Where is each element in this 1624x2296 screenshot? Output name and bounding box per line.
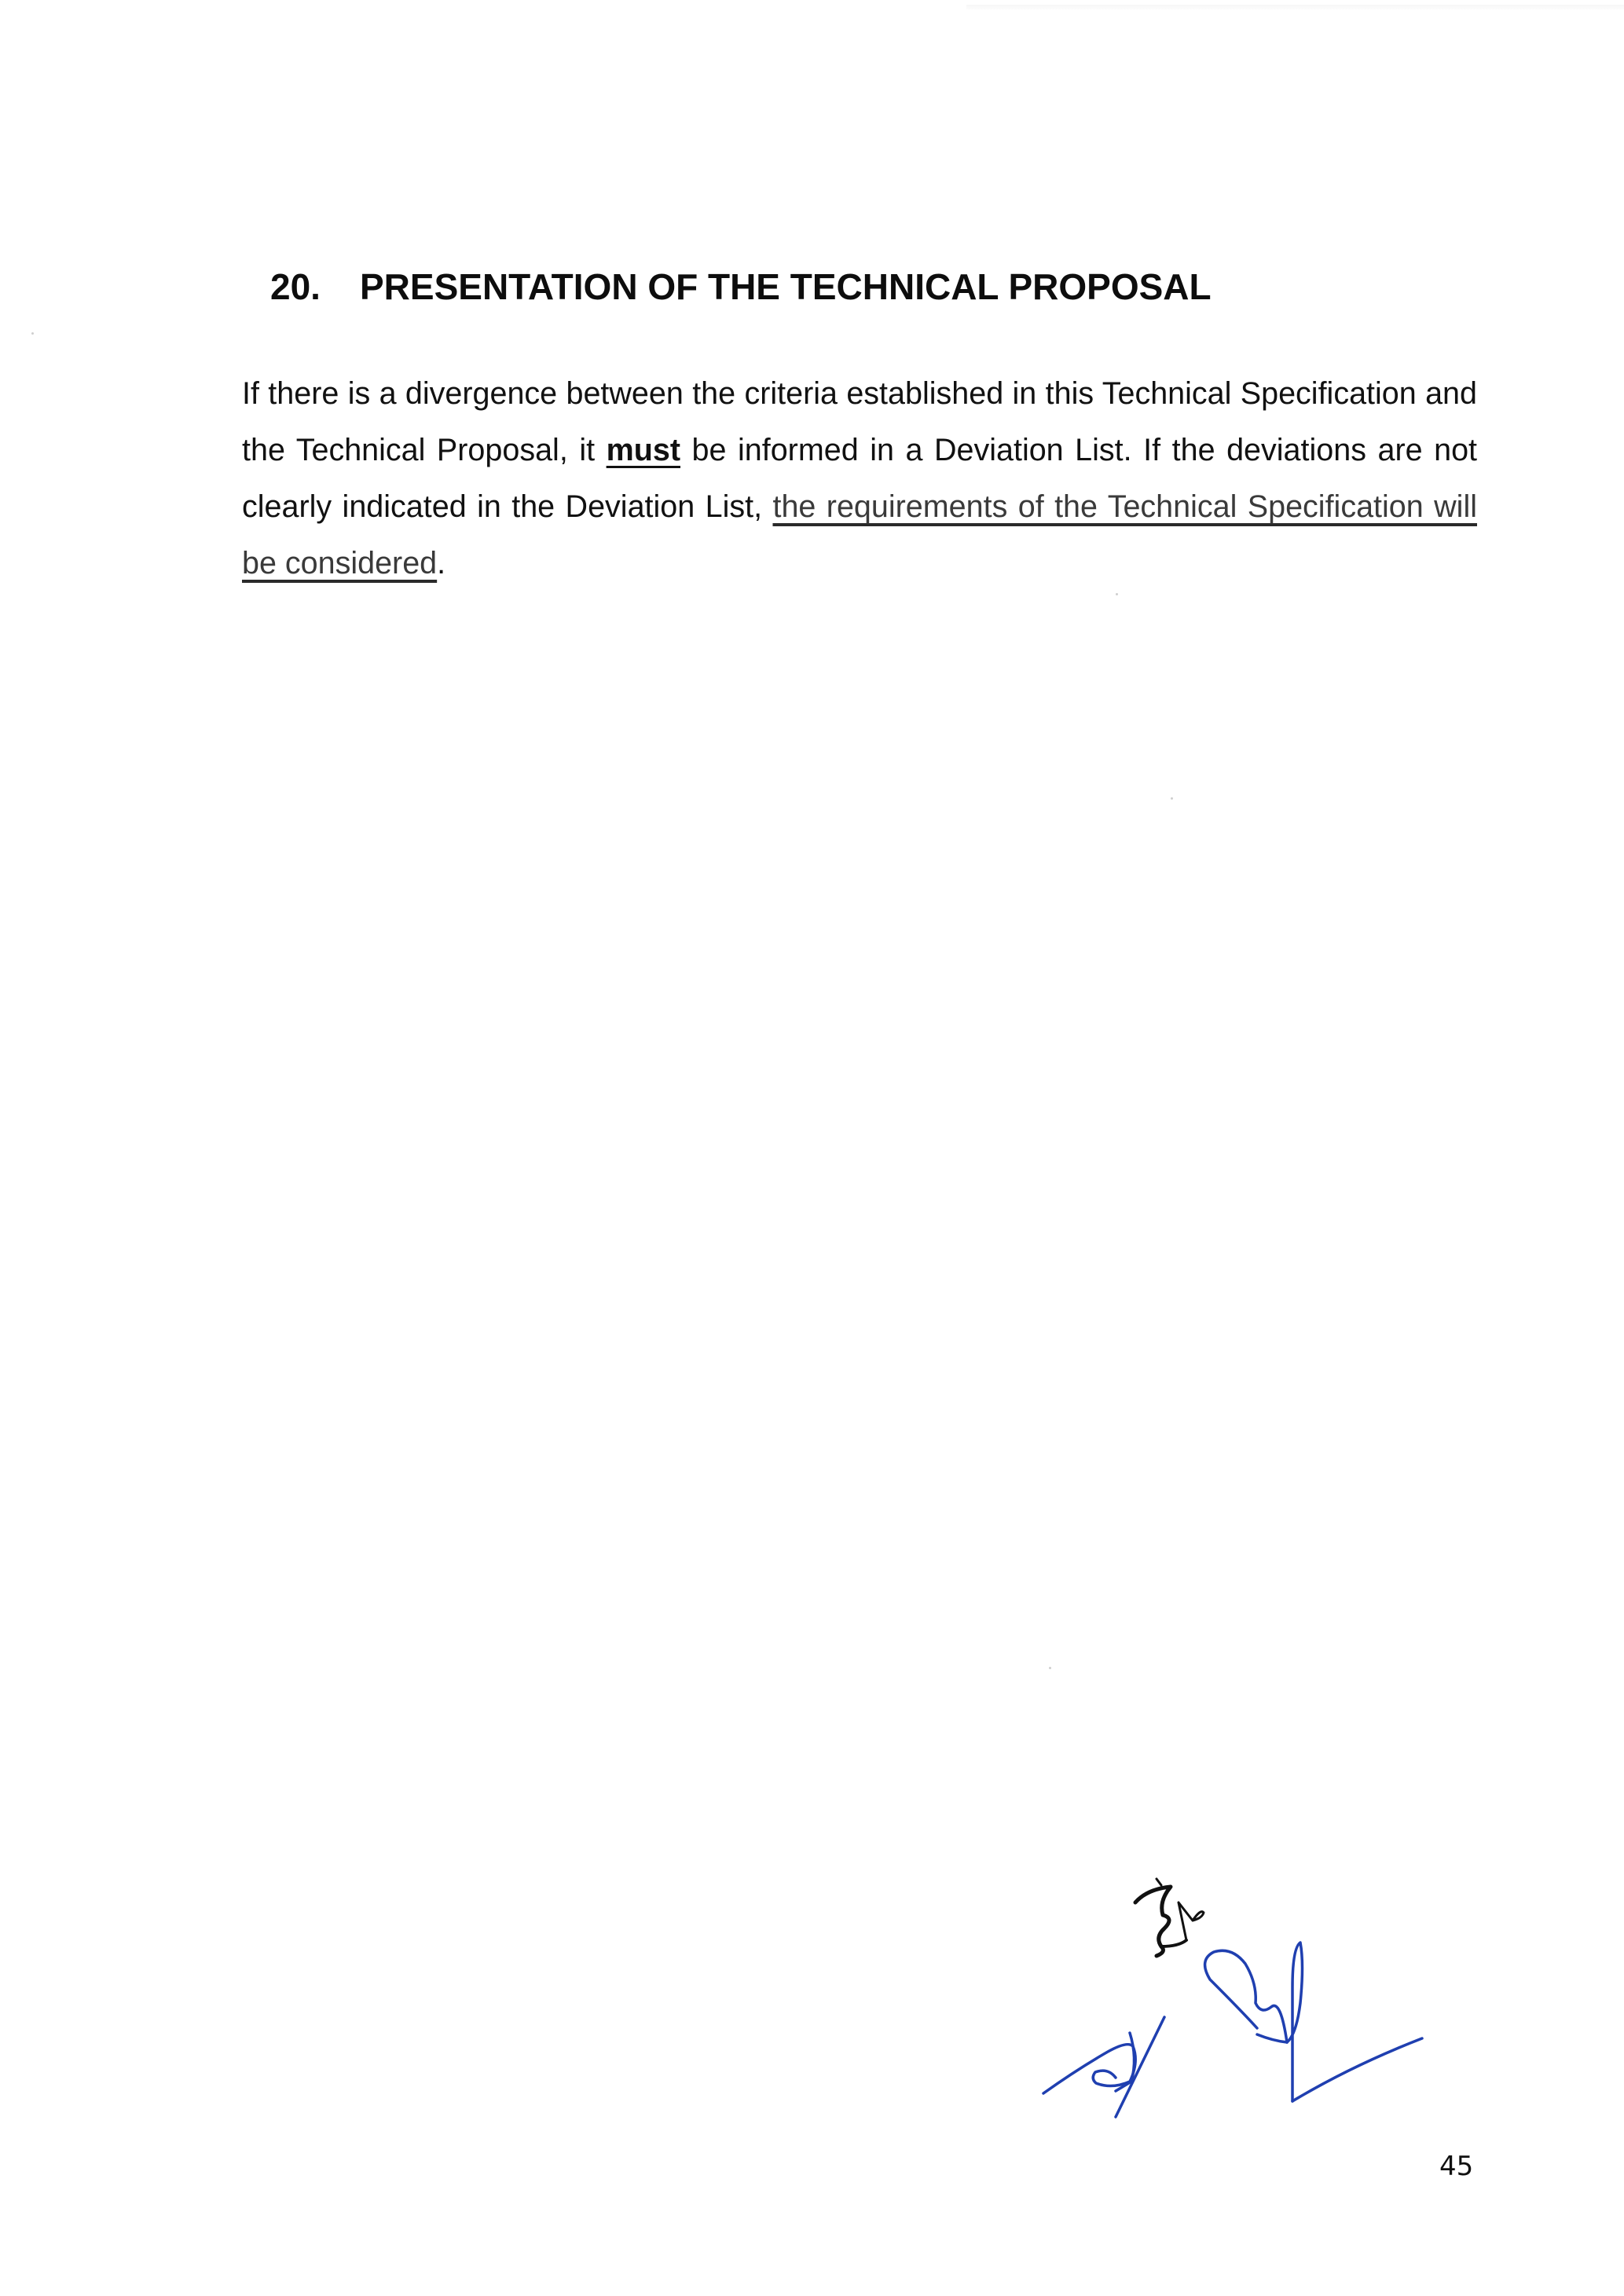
section-number: 20. [270,265,360,308]
page-number: 45 [1439,2151,1473,2182]
signature-block [1021,1846,1619,2129]
signature-left [1043,2017,1164,2117]
initials-mark [1135,1879,1204,1956]
scan-edge-artifact [966,5,1624,9]
emphasis-must: must [607,433,680,467]
signature-drawing [1021,1846,1619,2129]
paragraph-ending: . [437,546,445,580]
section-title: PRESENTATION OF THE TECHNICAL PROPOSAL [360,266,1212,307]
scan-speck [1171,797,1173,800]
scan-speck [1116,593,1118,595]
scan-speck [31,332,34,335]
signature-right [1205,1943,1422,2101]
scan-speck [1049,1667,1051,1669]
body-paragraph: If there is a divergence between the cri… [242,365,1477,591]
section-heading: 20.PRESENTATION OF THE TECHNICAL PROPOSA… [270,265,1212,308]
